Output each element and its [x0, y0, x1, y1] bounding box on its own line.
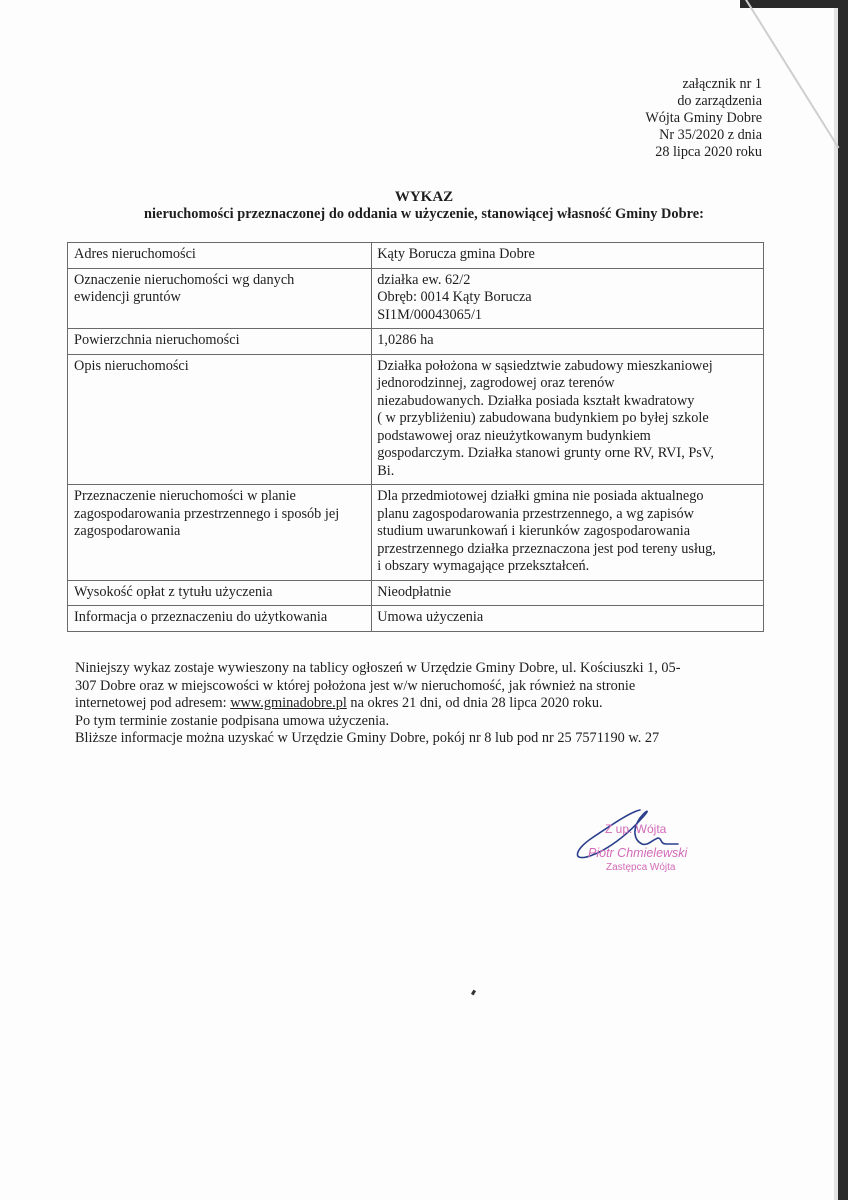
annex-line: Nr 35/2020 z dnia: [560, 127, 762, 144]
notice-text: na okres 21 dni, od dnia 28 lipca 2020 r…: [347, 695, 603, 711]
row-label: Przeznaczenie nieruchomości w planiezago…: [68, 485, 372, 581]
value-line: Obręb: 0014 Kąty Borucza: [377, 289, 758, 307]
table-row: Przeznaczenie nieruchomości w planiezago…: [68, 485, 764, 581]
label-line: Wysokość opłat z tytułu użyczenia: [74, 584, 366, 602]
table-row: Adres nieruchomościKąty Borucza gmina Do…: [68, 243, 764, 269]
label-line: zagospodarowania: [74, 523, 366, 541]
notice-line: Bliższe informacje można uzyskać w Urzęd…: [75, 730, 775, 748]
row-value: Nieodpłatnie: [372, 580, 764, 606]
value-line: działka ew. 62/2: [377, 272, 758, 290]
annex-line: do zarządzenia: [560, 93, 762, 110]
signature-stamp: Z up. Wójta Piotr Chmielewski Zastępca W…: [570, 804, 720, 884]
label-line: Adres nieruchomości: [74, 246, 366, 264]
value-line: Bi.: [377, 463, 758, 481]
label-line: Informacja o przeznaczeniu do użytkowani…: [74, 609, 366, 627]
document-subtitle: nieruchomości przeznaczonej do oddania w…: [0, 205, 848, 223]
scan-edge-right: [838, 0, 848, 1200]
value-line: Kąty Borucza gmina Dobre: [377, 246, 758, 264]
value-line: podstawowej oraz nieużytkowanym budynkie…: [377, 428, 758, 446]
notice-paragraph: Niniejszy wykaz zostaje wywieszony na ta…: [75, 660, 775, 748]
website-link[interactable]: www.gminadobre.pl: [230, 695, 347, 711]
value-line: Umowa użyczenia: [377, 609, 758, 627]
row-label: Informacja o przeznaczeniu do użytkowani…: [68, 606, 372, 632]
stamp-name: Piotr Chmielewski: [588, 846, 687, 860]
value-line: 1,0286 ha: [377, 332, 758, 350]
value-line: SI1M/00043065/1: [377, 307, 758, 325]
property-table: Adres nieruchomościKąty Borucza gmina Do…: [67, 242, 764, 632]
annex-header: załącznik nr 1 do zarządzenia Wójta Gmin…: [560, 76, 762, 161]
row-label: Adres nieruchomości: [68, 243, 372, 269]
annex-line: załącznik nr 1: [560, 76, 762, 93]
row-value: 1,0286 ha: [372, 329, 764, 355]
scan-edge-top: [740, 0, 848, 8]
scan-speck: [471, 990, 476, 996]
table-row: Opis nieruchomościDziałka położona w sąs…: [68, 354, 764, 485]
value-line: i obszary wymagające przekształceń.: [377, 558, 758, 576]
value-line: Nieodpłatnie: [377, 584, 758, 602]
notice-line: 307 Dobre oraz w miejscowości w której p…: [75, 678, 775, 696]
stamp-role: Zastępca Wójta: [606, 862, 675, 873]
annex-line: 28 lipca 2020 roku: [560, 144, 762, 161]
annex-line: Wójta Gminy Dobre: [560, 110, 762, 127]
value-line: planu zagospodarowania przestrzennego, a…: [377, 506, 758, 524]
label-line: zagospodarowania przestrzennego i sposób…: [74, 506, 366, 524]
row-value: Umowa użyczenia: [372, 606, 764, 632]
value-line: studium uwarunkowań i kierunków zagospod…: [377, 523, 758, 541]
label-line: Przeznaczenie nieruchomości w planie: [74, 488, 366, 506]
row-value: działka ew. 62/2Obręb: 0014 Kąty Borucza…: [372, 268, 764, 329]
table-row: Powierzchnia nieruchomości1,0286 ha: [68, 329, 764, 355]
value-line: ( w przybliżeniu) zabudowana budynkiem p…: [377, 410, 758, 428]
table-row: Informacja o przeznaczeniu do użytkowani…: [68, 606, 764, 632]
value-line: Działka położona w sąsiedztwie zabudowy …: [377, 358, 758, 376]
notice-line: internetowej pod adresem: www.gminadobre…: [75, 695, 775, 713]
row-value: Dla przedmiotowej działki gmina nie posi…: [372, 485, 764, 581]
value-line: jednorodzinnej, zagrodowej oraz terenów: [377, 375, 758, 393]
notice-text: internetowej pod adresem:: [75, 695, 230, 711]
value-line: Dla przedmiotowej działki gmina nie posi…: [377, 488, 758, 506]
label-line: Powierzchnia nieruchomości: [74, 332, 366, 350]
scanned-document-page: załącznik nr 1 do zarządzenia Wójta Gmin…: [0, 0, 848, 1200]
stamp-prefix: Z up. Wójta: [605, 822, 666, 836]
notice-line: Po tym terminie zostanie podpisana umowa…: [75, 713, 775, 731]
value-line: przestrzennego działka przeznaczona jest…: [377, 541, 758, 559]
document-title: WYKAZ: [0, 188, 848, 206]
label-line: Opis nieruchomości: [74, 358, 366, 376]
table-row: Oznaczenie nieruchomości wg danychewiden…: [68, 268, 764, 329]
notice-line: Niniejszy wykaz zostaje wywieszony na ta…: [75, 660, 775, 678]
row-label: Opis nieruchomości: [68, 354, 372, 485]
label-line: Oznaczenie nieruchomości wg danych: [74, 272, 366, 290]
label-line: ewidencji gruntów: [74, 289, 366, 307]
row-label: Oznaczenie nieruchomości wg danychewiden…: [68, 268, 372, 329]
table-row: Wysokość opłat z tytułu użyczeniaNieodpł…: [68, 580, 764, 606]
value-line: gospodarczym. Działka stanowi grunty orn…: [377, 445, 758, 463]
row-label: Wysokość opłat z tytułu użyczenia: [68, 580, 372, 606]
row-value: Kąty Borucza gmina Dobre: [372, 243, 764, 269]
value-line: niezabudowanych. Działka posiada kształt…: [377, 393, 758, 411]
row-label: Powierzchnia nieruchomości: [68, 329, 372, 355]
row-value: Działka położona w sąsiedztwie zabudowy …: [372, 354, 764, 485]
